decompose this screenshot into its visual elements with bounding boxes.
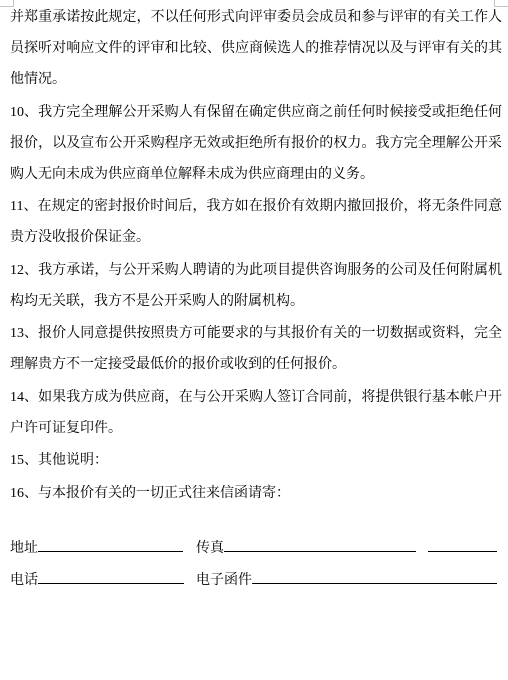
paragraph: 15、其他说明： bbox=[10, 445, 502, 476]
fax-field: 传真 bbox=[196, 537, 497, 560]
email-label: 电子函件 bbox=[196, 570, 252, 592]
address-field: 地址 bbox=[10, 537, 183, 560]
extra-blank-line[interactable] bbox=[428, 537, 497, 552]
fax-blank-line[interactable] bbox=[224, 537, 416, 552]
paragraph: 12、我方承诺，与公开采购人聘请的为此项目提供咨询服务的公司及任何附属机构均无关… bbox=[10, 255, 502, 317]
contact-row-2: 电话 电子函件 bbox=[10, 569, 502, 591]
fax-label: 传真 bbox=[196, 538, 224, 560]
phone-field: 电话 bbox=[10, 569, 184, 592]
contact-row-1: 地址 传真 bbox=[10, 537, 502, 559]
paragraph: 13、报价人同意提供按照贵方可能要求的与其报价有关的一切数据或资料，完全理解贵方… bbox=[10, 318, 502, 380]
paragraph: 并郑重承诺按此规定，不以任何形式向评审委员会成员和参与评审的有关工作人员探听对响… bbox=[10, 2, 502, 95]
phone-label: 电话 bbox=[10, 570, 38, 592]
paragraph: 11、在规定的密封报价时间后，我方如在报价有效期内撤回报价，将无条件同意贵方没收… bbox=[10, 191, 502, 253]
email-field: 电子函件 bbox=[196, 569, 497, 592]
address-blank-line[interactable] bbox=[38, 537, 183, 552]
address-label: 地址 bbox=[10, 538, 38, 560]
document-body: 并郑重承诺按此规定，不以任何形式向评审委员会成员和参与评审的有关工作人员探听对响… bbox=[10, 2, 502, 510]
phone-blank-line[interactable] bbox=[38, 569, 184, 584]
document-page: { "page": { "background": "#ffffff", "te… bbox=[0, 0, 508, 680]
paragraph: 14、如果我方成为供应商，在与公开采购人签订合同前，将提供银行基本帐户开户许可证… bbox=[10, 382, 502, 444]
email-blank-line[interactable] bbox=[252, 569, 497, 584]
paragraph: 16、与本报价有关的一切正式往来信函请寄： bbox=[10, 478, 502, 509]
paragraph: 10、我方完全理解公开采购人有保留在确定供应商之前任何时候接受或拒绝任何报价，以… bbox=[10, 97, 502, 190]
